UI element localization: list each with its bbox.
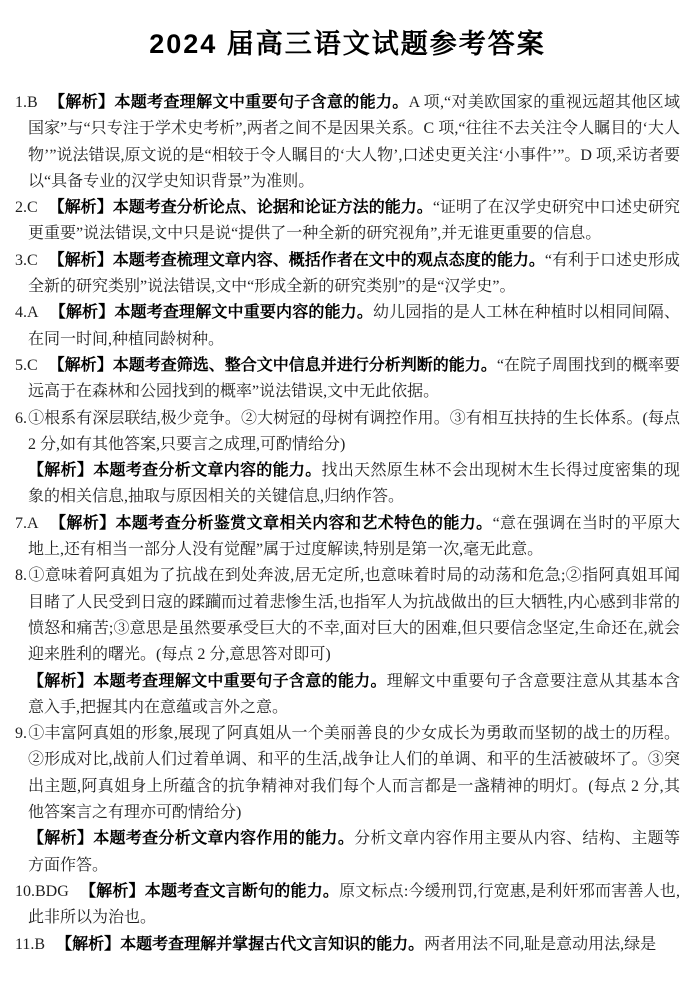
analysis-heading: 【解析】本题考查分析文章内容作用的能力。 (28, 830, 354, 847)
analysis-heading: 【解析】本题考查分析鉴赏文章相关内容和艺术特色的能力。 (50, 515, 493, 532)
answer-item: 2.C【解析】本题考查分析论点、论据和论证方法的能力。“证明了在汉学史研究中口述… (15, 195, 680, 248)
analysis-heading: 【解析】本题考查理解文中重要句子含意的能力。 (28, 673, 387, 690)
analysis-paragraph: 【解析】本题考查分析文章内容作用的能力。分析文章内容作用主要从内容、结构、主题等… (28, 826, 680, 879)
document-page: { "page": { "title": "2024 届高三语文试题参考答案",… (0, 0, 692, 981)
answer-item: 8.①意味着阿真姐为了抗战在到处奔波,居无定所,也意味着时局的动荡和危急;②指阿… (15, 563, 680, 721)
analysis-heading: 【解析】本题考查筛选、整合文中信息并进行分析判断的能力。 (49, 357, 497, 374)
analysis-heading: 【解析】本题考查分析论点、论据和论证方法的能力。 (49, 199, 433, 216)
item-number: 5.C (15, 357, 38, 374)
answer-text: 两者用法不同,耻是意动用法,绿是 (424, 936, 656, 953)
item-number: 10.BDG (15, 883, 69, 900)
answer-paragraph: 11.B【解析】本题考查理解并掌握古代文言知识的能力。两者用法不同,耻是意动用法… (28, 932, 680, 958)
analysis-heading: 【解析】本题考查理解并掌握古代文言知识的能力。 (56, 936, 424, 953)
item-number: 9. (15, 725, 27, 742)
answer-paragraph: 4.A【解析】本题考查理解文中重要内容的能力。幼儿园指的是人工林在种植时以相同间… (28, 300, 680, 353)
answer-paragraph: 9.①丰富阿真姐的形象,展现了阿真姐从一个美丽善良的少女成长为勇敢而坚韧的战士的… (28, 721, 680, 826)
answer-item: 9.①丰富阿真姐的形象,展现了阿真姐从一个美丽善良的少女成长为勇敢而坚韧的战士的… (15, 721, 680, 879)
answer-paragraph: 10.BDG【解析】本题考查文言断句的能力。原文标点:今缓刑罚,行宽惠,是利奸邪… (28, 879, 680, 932)
answer-paragraph: 5.C【解析】本题考查筛选、整合文中信息并进行分析判断的能力。“在院子周围找到的… (28, 353, 680, 406)
answer-list: 1.B【解析】本题考查理解文中重要句子含意的能力。A 项,“对美欧国家的重视远超… (15, 90, 680, 958)
analysis-heading: 【解析】本题考查理解文中重要句子含意的能力。 (49, 94, 409, 111)
item-number: 6. (15, 410, 27, 427)
item-number: 4.A (15, 304, 39, 321)
item-number: 11.B (15, 936, 45, 953)
analysis-heading: 【解析】本题考查文言断句的能力。 (80, 883, 339, 900)
analysis-heading: 【解析】本题考查梳理文章内容、概括作者在文中的观点态度的能力。 (49, 252, 545, 269)
answer-item: 4.A【解析】本题考查理解文中重要内容的能力。幼儿园指的是人工林在种植时以相同间… (15, 300, 680, 353)
exam-answer-sheet: 2024 届高三语文试题参考答案 1.B【解析】本题考查理解文中重要句子含意的能… (0, 0, 692, 958)
analysis-heading: 【解析】本题考查分析文章内容的能力。 (28, 462, 322, 479)
item-number: 7.A (15, 515, 39, 532)
item-number: 1.B (15, 94, 38, 111)
answer-paragraph: 1.B【解析】本题考查理解文中重要句子含意的能力。A 项,“对美欧国家的重视远超… (28, 90, 680, 195)
answer-paragraph: 6.①根系有深层联结,极少竞争。②大树冠的母树有调控作用。③有相互扶持的生长体系… (28, 406, 680, 459)
answer-text: ①意味着阿真姐为了抗战在到处奔波,居无定所,也意味着时局的动荡和危急;②指阿真姐… (28, 567, 680, 663)
answer-item: 7.A【解析】本题考查分析鉴赏文章相关内容和艺术特色的能力。“意在强调在当时的平… (15, 511, 680, 564)
item-number: 8. (15, 567, 27, 584)
answer-item: 10.BDG【解析】本题考查文言断句的能力。原文标点:今缓刑罚,行宽惠,是利奸邪… (15, 879, 680, 932)
analysis-paragraph: 【解析】本题考查分析文章内容的能力。找出天然原生林不会出现树木生长得过度密集的现… (28, 458, 680, 511)
page-title: 2024 届高三语文试题参考答案 (15, 24, 680, 64)
answer-item: 6.①根系有深层联结,极少竞争。②大树冠的母树有调控作用。③有相互扶持的生长体系… (15, 406, 680, 511)
answer-text: ①丰富阿真姐的形象,展现了阿真姐从一个美丽善良的少女成长为勇敢而坚韧的战士的历程… (28, 725, 680, 821)
answer-item: 5.C【解析】本题考查筛选、整合文中信息并进行分析判断的能力。“在院子周围找到的… (15, 353, 680, 406)
item-number: 3.C (15, 252, 38, 269)
answer-paragraph: 8.①意味着阿真姐为了抗战在到处奔波,居无定所,也意味着时局的动荡和危急;②指阿… (28, 563, 680, 668)
answer-item: 1.B【解析】本题考查理解文中重要句子含意的能力。A 项,“对美欧国家的重视远超… (15, 90, 680, 195)
item-number: 2.C (15, 199, 38, 216)
answer-paragraph: 2.C【解析】本题考查分析论点、论据和论证方法的能力。“证明了在汉学史研究中口述… (28, 195, 680, 248)
answer-item: 3.C【解析】本题考查梳理文章内容、概括作者在文中的观点态度的能力。“有利于口述… (15, 248, 680, 301)
analysis-heading: 【解析】本题考查理解文中重要内容的能力。 (50, 304, 373, 321)
answer-paragraph: 3.C【解析】本题考查梳理文章内容、概括作者在文中的观点态度的能力。“有利于口述… (28, 248, 680, 301)
analysis-paragraph: 【解析】本题考查理解文中重要句子含意的能力。理解文中重要句子含意要注意从其基本含… (28, 669, 680, 722)
answer-paragraph: 7.A【解析】本题考查分析鉴赏文章相关内容和艺术特色的能力。“意在强调在当时的平… (28, 511, 680, 564)
answer-item: 11.B【解析】本题考查理解并掌握古代文言知识的能力。两者用法不同,耻是意动用法… (15, 932, 680, 958)
answer-text: ①根系有深层联结,极少竞争。②大树冠的母树有调控作用。③有相互扶持的生长体系。(… (28, 410, 680, 453)
